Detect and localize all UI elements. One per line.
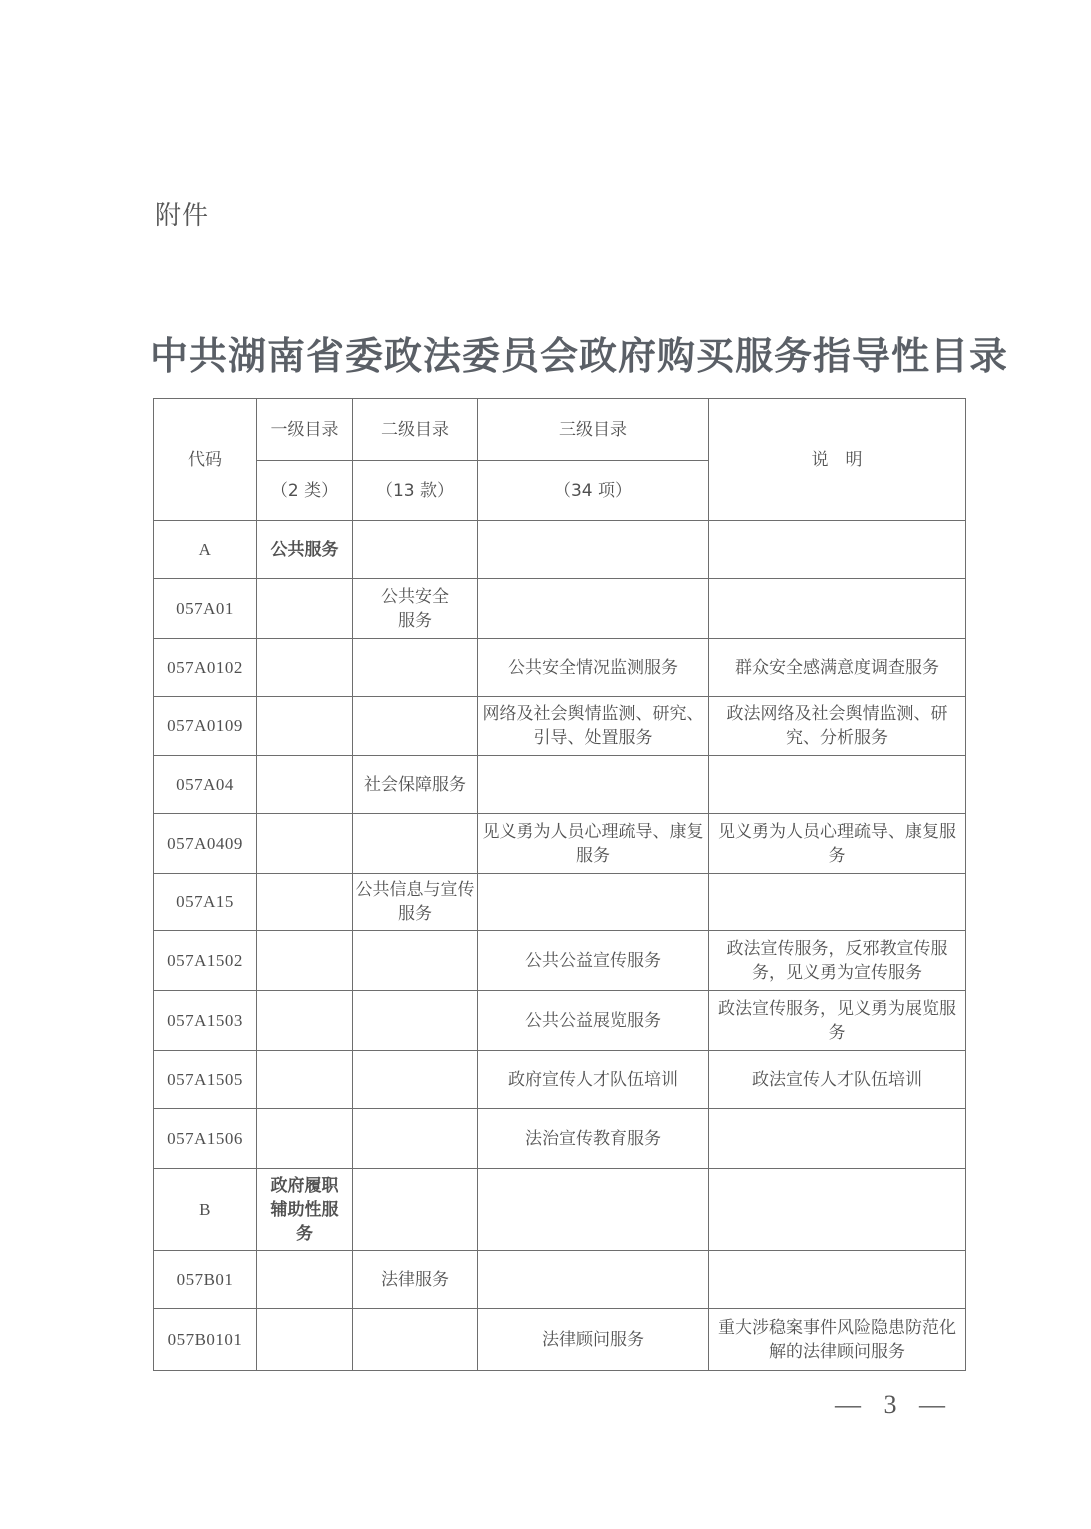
- cell-level1: 公共服务: [257, 521, 353, 579]
- cell-note: [709, 1169, 966, 1251]
- cell-level1: [257, 874, 353, 931]
- cell-note: [709, 521, 966, 579]
- cell-level3: [478, 521, 709, 579]
- header-row: 代码 一级目录 二级目录 三级目录 说 明: [154, 399, 966, 461]
- cell-level1-text: 政府履职辅助性服务: [269, 1174, 341, 1246]
- cell-level1: [257, 1109, 353, 1169]
- cell-level1: 政府履职辅助性服务: [257, 1169, 353, 1251]
- cell-code: 057A1502: [154, 931, 257, 991]
- document-title: 中共湖南省委政法委员会政府购买服务指导性目录: [150, 325, 980, 380]
- cell-code: 057A04: [154, 756, 257, 814]
- cell-level3: 公共公益宣传服务: [478, 931, 709, 991]
- cell-code: 057A0109: [154, 697, 257, 756]
- cell-note: 群众安全感满意度调查服务: [709, 639, 966, 697]
- table-row: 057A1502 公共公益宣传服务 政法宣传服务，反邪教宣传服务，见义勇为宣传服…: [154, 931, 966, 991]
- cell-level3: 公共安全情况监测服务: [478, 639, 709, 697]
- cell-code: 057B0101: [154, 1309, 257, 1371]
- cell-code: 057A15: [154, 874, 257, 931]
- service-catalog-table: 代码 一级目录 二级目录 三级目录 说 明 （2 类） （13 款） （34 项…: [153, 398, 966, 1371]
- cell-code: B: [154, 1169, 257, 1251]
- cell-level2: [353, 1309, 478, 1371]
- cell-code: 057A0409: [154, 814, 257, 874]
- cell-level2: [353, 814, 478, 874]
- cell-code: 057A1503: [154, 991, 257, 1051]
- table-row: 057A15 公共信息与宣传服务: [154, 874, 966, 931]
- attachment-label: 附件: [155, 195, 209, 232]
- cell-note: 政法宣传服务，反邪教宣传服务，见义勇为宣传服务: [709, 931, 966, 991]
- cell-level1: [257, 814, 353, 874]
- cell-note: [709, 756, 966, 814]
- cell-level3: [478, 1169, 709, 1251]
- cell-level2: [353, 1051, 478, 1109]
- table-row: 057A1503 公共公益展览服务 政法宣传服务，见义勇为展览服务: [154, 991, 966, 1051]
- table-row: 057A1505 政府宣传人才队伍培训 政法宣传人才队伍培训: [154, 1051, 966, 1109]
- cell-level3: 网络及社会舆情监测、研究、引导、处置服务: [478, 697, 709, 756]
- header-level3-count: （34 项）: [478, 461, 709, 521]
- header-level2: 二级目录: [353, 399, 478, 461]
- cell-level1: [257, 1251, 353, 1309]
- cell-level1: [257, 639, 353, 697]
- cell-level2: [353, 521, 478, 579]
- cell-level2: [353, 639, 478, 697]
- header-level2-count: （13 款）: [353, 461, 478, 521]
- cell-level2: [353, 697, 478, 756]
- cell-note: 政法网络及社会舆情监测、研究、分析服务: [709, 697, 966, 756]
- table-row: 057A0102 公共安全情况监测服务 群众安全感满意度调查服务: [154, 639, 966, 697]
- table-row: 057A0409 见义勇为人员心理疏导、康复服务 见义勇为人员心理疏导、康复服务: [154, 814, 966, 874]
- cell-level2: [353, 1169, 478, 1251]
- cell-level2: 法律服务: [353, 1251, 478, 1309]
- cell-level3: 法治宣传教育服务: [478, 1109, 709, 1169]
- cell-level1: [257, 931, 353, 991]
- cell-level3: [478, 579, 709, 639]
- table-row: 057A04 社会保障服务: [154, 756, 966, 814]
- cell-level1: [257, 991, 353, 1051]
- cell-code: 057B01: [154, 1251, 257, 1309]
- page-number: — 3 —: [835, 1390, 953, 1420]
- table-row: 057B0101 法律顾问服务 重大涉稳案事件风险隐患防范化解的法律顾问服务: [154, 1309, 966, 1371]
- cell-level2: 社会保障服务: [353, 756, 478, 814]
- cell-note: 重大涉稳案事件风险隐患防范化解的法律顾问服务: [709, 1309, 966, 1371]
- cell-note: 政法宣传人才队伍培训: [709, 1051, 966, 1109]
- cell-note: [709, 874, 966, 931]
- cell-level3: 见义勇为人员心理疏导、康复服务: [478, 814, 709, 874]
- header-level1: 一级目录: [257, 399, 353, 461]
- cell-note: [709, 1109, 966, 1169]
- cell-level2: 公共安全服务: [353, 579, 478, 639]
- cell-code: 057A01: [154, 579, 257, 639]
- cell-note: 政法宣传服务，见义勇为展览服务: [709, 991, 966, 1051]
- cell-note: 见义勇为人员心理疏导、康复服务: [709, 814, 966, 874]
- cell-level2: [353, 931, 478, 991]
- table-row: 057A0109 网络及社会舆情监测、研究、引导、处置服务 政法网络及社会舆情监…: [154, 697, 966, 756]
- cell-level3: 政府宣传人才队伍培训: [478, 1051, 709, 1109]
- header-note: 说 明: [709, 399, 966, 521]
- cell-level2: 公共信息与宣传服务: [353, 874, 478, 931]
- table-row: 057A01 公共安全服务: [154, 579, 966, 639]
- cell-level3: 公共公益展览服务: [478, 991, 709, 1051]
- cell-level2: [353, 1109, 478, 1169]
- cell-level1: [257, 1051, 353, 1109]
- table-row: A 公共服务: [154, 521, 966, 579]
- table-row: 057B01 法律服务: [154, 1251, 966, 1309]
- cell-level3: 法律顾问服务: [478, 1309, 709, 1371]
- cell-note: [709, 1251, 966, 1309]
- cell-level1: [257, 756, 353, 814]
- header-code: 代码: [154, 399, 257, 521]
- cell-code: 057A0102: [154, 639, 257, 697]
- header-level3: 三级目录: [478, 399, 709, 461]
- header-level1-count: （2 类）: [257, 461, 353, 521]
- cell-level3: [478, 874, 709, 931]
- cell-note: [709, 579, 966, 639]
- cell-code: 057A1506: [154, 1109, 257, 1169]
- cell-level3: [478, 1251, 709, 1309]
- cell-level1: [257, 1309, 353, 1371]
- table-row: B 政府履职辅助性服务: [154, 1169, 966, 1251]
- cell-code: A: [154, 521, 257, 579]
- cell-level2-text: 公共安全服务: [375, 585, 455, 633]
- table-row: 057A1506 法治宣传教育服务: [154, 1109, 966, 1169]
- cell-level2: [353, 991, 478, 1051]
- cell-level1: [257, 579, 353, 639]
- cell-level3: [478, 756, 709, 814]
- cell-level1: [257, 697, 353, 756]
- cell-code: 057A1505: [154, 1051, 257, 1109]
